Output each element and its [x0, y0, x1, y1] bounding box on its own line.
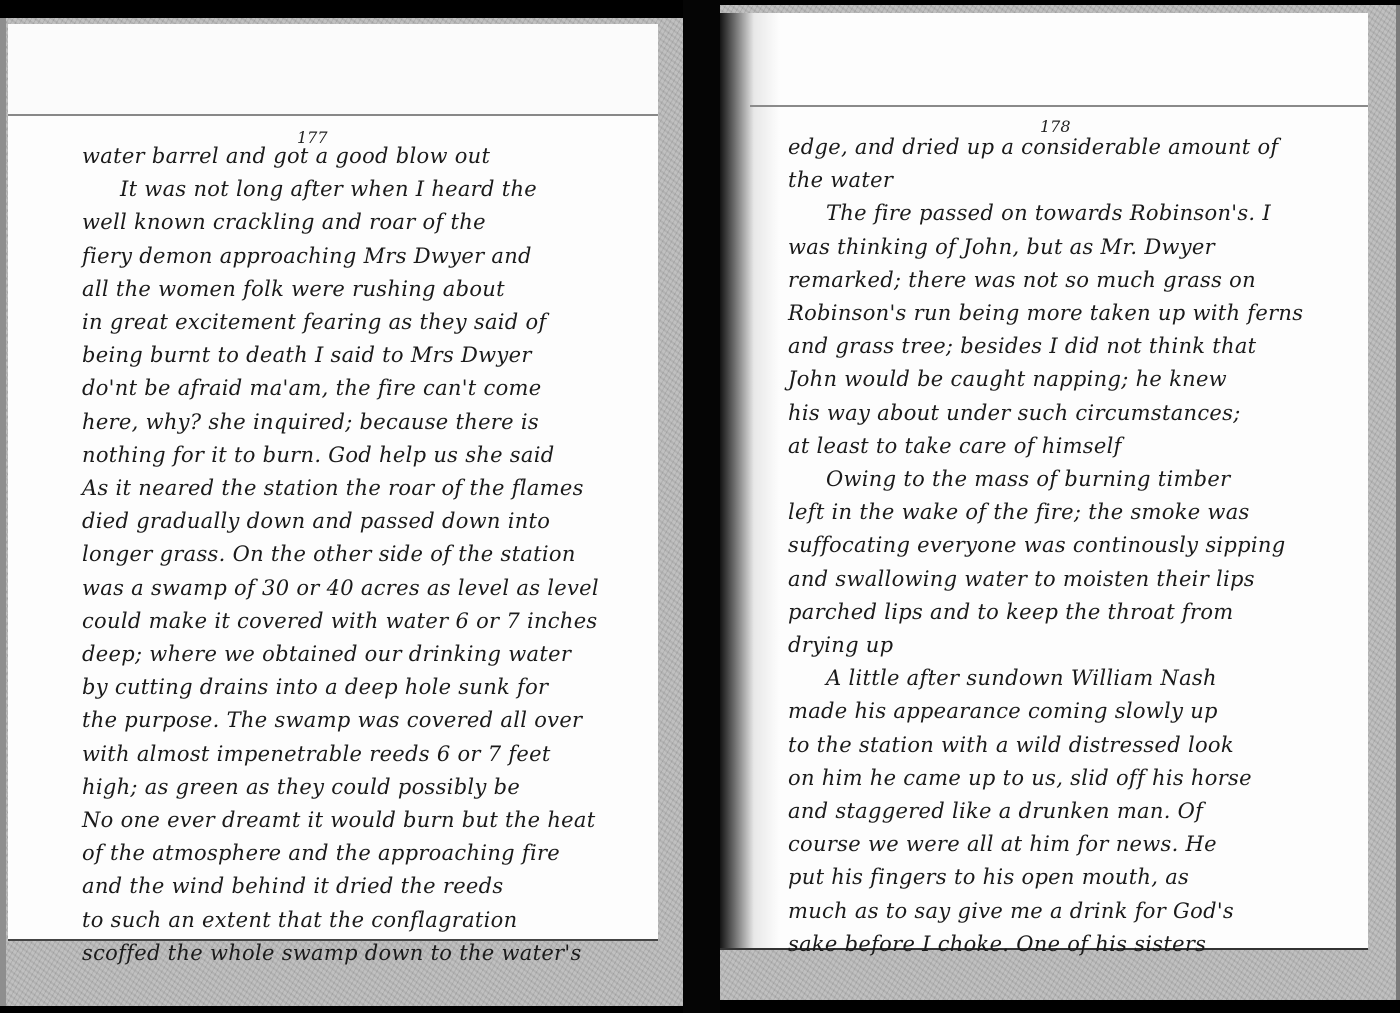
- text-line: put his fingers to his open mouth, as: [788, 861, 1358, 894]
- text-line: with almost impenetrable reeds 6 or 7 fe…: [82, 738, 662, 771]
- text-line: in great excitement fearing as they said…: [82, 306, 662, 339]
- top-flap: [8, 24, 658, 116]
- top-flap: [750, 13, 1368, 107]
- text-line: much as to say give me a drink for God's: [788, 895, 1358, 928]
- text-line: suffocating everyone was continously sip…: [788, 529, 1358, 562]
- text-line: drying up: [788, 629, 1358, 662]
- text-line: on him he came up to us, slid off his ho…: [788, 762, 1358, 795]
- text-line: the water: [788, 164, 1358, 197]
- text-line: left in the wake of the fire; the smoke …: [788, 496, 1358, 529]
- text-line: by cutting drains into a deep hole sunk …: [82, 671, 662, 704]
- left-page-text: water barrel and got a good blow out It …: [82, 140, 662, 970]
- text-line: nothing for it to burn. God help us she …: [82, 439, 662, 472]
- text-line: longer grass. On the other side of the s…: [82, 538, 662, 571]
- book-gutter: [683, 0, 720, 1013]
- text-line: could make it covered with water 6 or 7 …: [82, 605, 662, 638]
- text-line: his way about under such circumstances;: [788, 397, 1358, 430]
- text-line: all the women folk were rushing about: [82, 273, 662, 306]
- text-line: died gradually down and passed down into: [82, 505, 662, 538]
- text-line: scoffed the whole swamp down to the wate…: [82, 937, 662, 970]
- text-line: parched lips and to keep the throat from: [788, 596, 1358, 629]
- text-line: high; as green as they could possibly be: [82, 771, 662, 804]
- text-line: No one ever dreamt it would burn but the…: [82, 804, 662, 837]
- text-line: at least to take care of himself: [788, 430, 1358, 463]
- text-line: of the atmosphere and the approaching fi…: [82, 837, 662, 870]
- text-line: was a swamp of 30 or 40 acres as level a…: [82, 572, 662, 605]
- text-line: the purpose. The swamp was covered all o…: [82, 704, 662, 737]
- text-line: deep; where we obtained our drinking wat…: [82, 638, 662, 671]
- text-line: course we were all at him for news. He: [788, 828, 1358, 861]
- text-line: The fire passed on towards Robinson's. I: [788, 197, 1358, 230]
- text-line: to such an extent that the conflagration: [82, 904, 662, 937]
- text-line: here, why? she inquired; because there i…: [82, 406, 662, 439]
- text-line: A little after sundown William Nash: [788, 662, 1358, 695]
- right-page-text: edge, and dried up a considerable amount…: [788, 131, 1358, 961]
- text-line: water barrel and got a good blow out: [82, 140, 662, 173]
- text-line: do'nt be afraid ma'am, the fire can't co…: [82, 372, 662, 405]
- text-line: and staggered like a drunken man. Of: [788, 795, 1358, 828]
- text-line: and the wind behind it dried the reeds: [82, 870, 662, 903]
- text-line: well known crackling and roar of the: [82, 206, 662, 239]
- text-line: remarked; there was not so much grass on: [788, 264, 1358, 297]
- text-line: being burnt to death I said to Mrs Dwyer: [82, 339, 662, 372]
- text-line: to the station with a wild distressed lo…: [788, 729, 1358, 762]
- text-line: edge, and dried up a considerable amount…: [788, 131, 1358, 164]
- text-line: was thinking of John, but as Mr. Dwyer: [788, 231, 1358, 264]
- text-line: and grass tree; besides I did not think …: [788, 330, 1358, 363]
- text-line: fiery demon approaching Mrs Dwyer and: [82, 240, 662, 273]
- text-line: As it neared the station the roar of the…: [82, 472, 662, 505]
- text-line: Owing to the mass of burning timber: [788, 463, 1358, 496]
- text-line: It was not long after when I heard the: [82, 173, 662, 206]
- text-line: and swallowing water to moisten their li…: [788, 563, 1358, 596]
- text-line: made his appearance coming slowly up: [788, 695, 1358, 728]
- text-line: sake before I choke. One of his sisters: [788, 928, 1358, 961]
- text-line: Robinson's run being more taken up with …: [788, 297, 1358, 330]
- text-line: John would be caught napping; he knew: [788, 363, 1358, 396]
